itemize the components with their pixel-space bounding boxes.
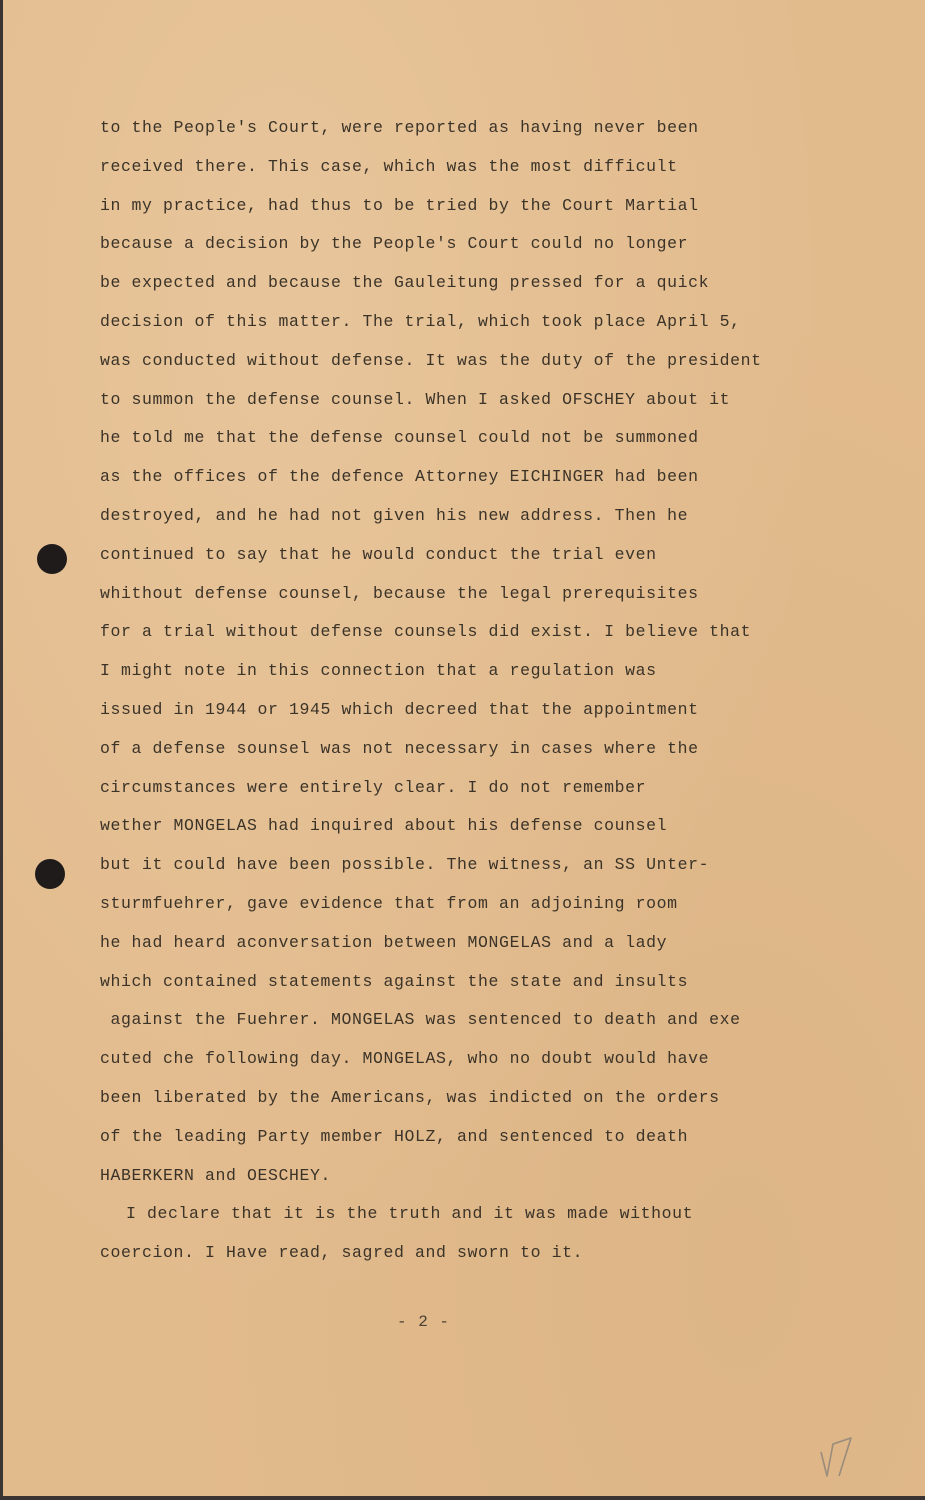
declaration-line: I declare that it is the truth and it wa… <box>100 1199 840 1238</box>
text-line: he had heard aconversation between MONGE… <box>100 928 840 967</box>
punch-hole-icon <box>35 859 65 889</box>
text-line: whithout defense counsel, because the le… <box>100 579 840 618</box>
text-line: which contained statements against the s… <box>100 967 840 1006</box>
text-line: continued to say that he would conduct t… <box>100 540 840 579</box>
text-line: been liberated by the Americans, was ind… <box>100 1083 840 1122</box>
text-line: cuted che following day. MONGELAS, who n… <box>100 1044 840 1083</box>
text-line: against the Fuehrer. MONGELAS was senten… <box>100 1005 840 1044</box>
text-line: as the offices of the defence Attorney E… <box>100 462 840 501</box>
text-line: destroyed, and he had not given his new … <box>100 501 840 540</box>
typed-body-text: to the People's Court, were reported as … <box>100 113 840 1277</box>
text-line: for a trial without defense counsels did… <box>100 617 840 656</box>
text-line: wether MONGELAS had inquired about his d… <box>100 811 840 850</box>
punch-hole-icon <box>37 544 67 574</box>
text-line: because a decision by the People's Court… <box>100 229 840 268</box>
text-line: of the leading Party member HOLZ, and se… <box>100 1122 840 1161</box>
text-line: sturmfuehrer, gave evidence that from an… <box>100 889 840 928</box>
declaration-line: coercion. I Have read, sagred and sworn … <box>100 1238 840 1277</box>
text-line: in my practice, had thus to be tried by … <box>100 191 840 230</box>
text-line: be expected and because the Gauleitung p… <box>100 268 840 307</box>
text-line: was conducted without defense. It was th… <box>100 346 840 385</box>
checkmark-icon <box>815 1420 865 1480</box>
text-line: but it could have been possible. The wit… <box>100 850 840 889</box>
text-line: decision of this matter. The trial, whic… <box>100 307 840 346</box>
document-page: to the People's Court, were reported as … <box>3 0 925 1496</box>
text-line: of a defense sounsel was not necessary i… <box>100 734 840 773</box>
text-line: he told me that the defense counsel coul… <box>100 423 840 462</box>
text-line: HABERKERN and OESCHEY. <box>100 1161 840 1200</box>
text-line: I might note in this connection that a r… <box>100 656 840 695</box>
text-line: to the People's Court, were reported as … <box>100 113 840 152</box>
text-line: to summon the defense counsel. When I as… <box>100 385 840 424</box>
text-line: circumstances were entirely clear. I do … <box>100 773 840 812</box>
text-line: issued in 1944 or 1945 which decreed tha… <box>100 695 840 734</box>
text-line: received there. This case, which was the… <box>100 152 840 191</box>
page-number: - 2 - <box>397 1313 450 1331</box>
